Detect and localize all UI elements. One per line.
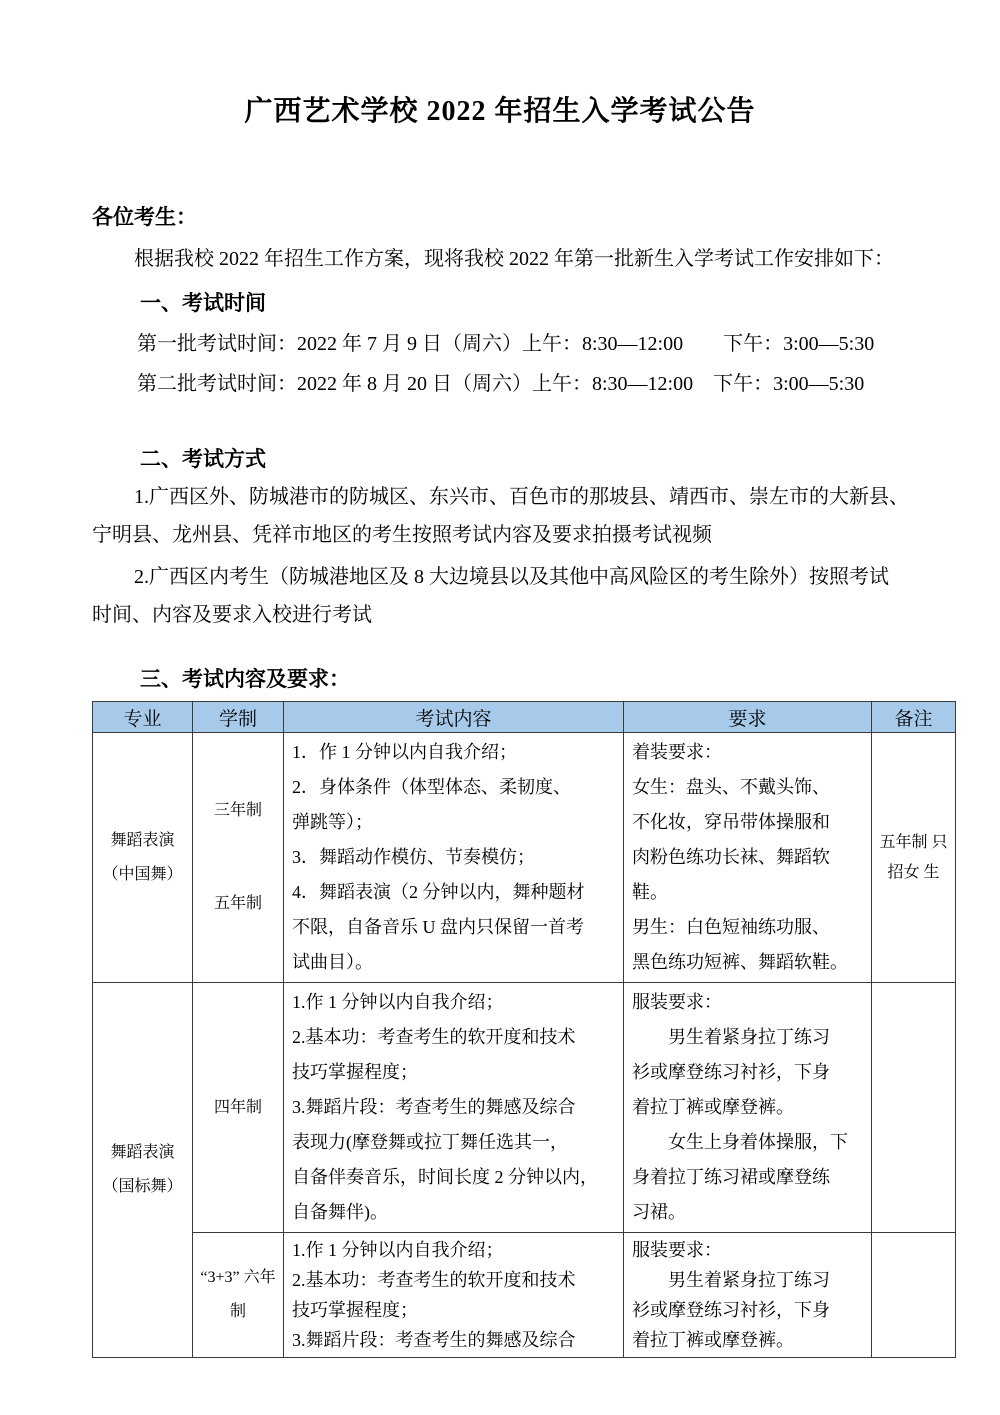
col-header-program-length: 学制 xyxy=(193,702,284,733)
exam-method-paragraph-1: 1.广西区外、防城港市的防城区、东兴市、百色市的那坡县、靖西市、崇左市的大新县、… xyxy=(92,478,956,554)
col-header-major: 专业 xyxy=(93,702,193,733)
table-row: “3+3” 六年制 1.作 1 分钟以内自我介绍； 2.基本功：考查考生的软开度… xyxy=(93,1233,956,1358)
table-row: 舞蹈表演 （国标舞） 四年制 1.作 1 分钟以内自我介绍； 2.基本功：考查考… xyxy=(93,983,956,1233)
exam-time-lines: 第一批考试时间：2022 年 7 月 9 日（周六）上午：8:30—12:00 … xyxy=(92,324,956,404)
cell-length-chinese-dance: 三年制 五年制 xyxy=(193,733,284,983)
col-header-notes: 备注 xyxy=(872,702,956,733)
table-header-row: 专业 学制 考试内容 要求 备注 xyxy=(93,702,956,733)
salutation: 各位考生： xyxy=(92,202,956,232)
col-header-requirements: 要求 xyxy=(624,702,872,733)
cell-content-chinese-dance: 1．作 1 分钟以内自我介绍； 2．身体条件（体型体态、柔韧度、 弹跳等）； 3… xyxy=(284,733,624,983)
section-heading-exam-content: 三、考试内容及要求： xyxy=(140,664,956,694)
cell-content-ballroom-four-year: 1.作 1 分钟以内自我介绍； 2.基本功：考查考生的软开度和技术 技巧掌握程度… xyxy=(284,983,624,1233)
cell-note-ballroom-six-year xyxy=(872,1233,956,1358)
exam-content-table: 专业 学制 考试内容 要求 备注 舞蹈表演 （中国舞） 三年制 五年制 1．作 … xyxy=(92,701,956,1358)
cell-requirements-chinese-dance: 着装要求： 女生：盘头、不戴头饰、 不化妆，穿吊带体操服和 肉粉色练功长袜、舞蹈… xyxy=(624,733,872,983)
cell-length-four-year: 四年制 xyxy=(193,983,284,1233)
section-heading-exam-time: 一、考试时间 xyxy=(140,288,956,318)
intro-paragraph: 根据我校 2022 年招生工作方案，现将我校 2022 年第一批新生入学考试工作… xyxy=(92,244,956,274)
col-header-exam-content: 考试内容 xyxy=(284,702,624,733)
document-body: 各位考生： 根据我校 2022 年招生工作方案，现将我校 2022 年第一批新生… xyxy=(92,202,956,1358)
cell-major-chinese-dance: 舞蹈表演 （中国舞） xyxy=(93,733,193,983)
cell-requirements-ballroom-four-year: 服装要求： 男生着紧身拉丁练习 衫或摩登练习衬衫，下身 着拉丁裤或摩登裤。 女生… xyxy=(624,983,872,1233)
page-title: 广西艺术学校 2022 年招生入学考试公告 xyxy=(0,0,1000,130)
document-page: 广西艺术学校 2022 年招生入学考试公告 各位考生： 根据我校 2022 年招… xyxy=(0,0,1000,1415)
length-three-year: 三年制 xyxy=(197,796,279,826)
cell-length-three-plus-three: “3+3” 六年制 xyxy=(193,1233,284,1358)
cell-note-ballroom-four-year xyxy=(872,983,956,1233)
cell-note-chinese-dance: 五年制 只招女 生 xyxy=(872,733,956,983)
exam-method-paragraph-2: 2.广西区内考生（防城港地区及 8 大边境县以及其他中高风险区的考生除外）按照考… xyxy=(92,558,956,634)
cell-requirements-ballroom-six-year: 服装要求： 男生着紧身拉丁练习 衫或摩登练习衬衫，下身 着拉丁裤或摩登裤。 xyxy=(624,1233,872,1358)
table-row: 舞蹈表演 （中国舞） 三年制 五年制 1．作 1 分钟以内自我介绍； 2．身体条… xyxy=(93,733,956,983)
cell-major-ballroom-dance: 舞蹈表演 （国标舞） xyxy=(93,983,193,1358)
section-heading-exam-method: 二、考试方式 xyxy=(140,444,956,474)
length-five-year: 五年制 xyxy=(197,889,279,919)
cell-content-ballroom-six-year: 1.作 1 分钟以内自我介绍； 2.基本功：考查考生的软开度和技术 技巧掌握程度… xyxy=(284,1233,624,1358)
